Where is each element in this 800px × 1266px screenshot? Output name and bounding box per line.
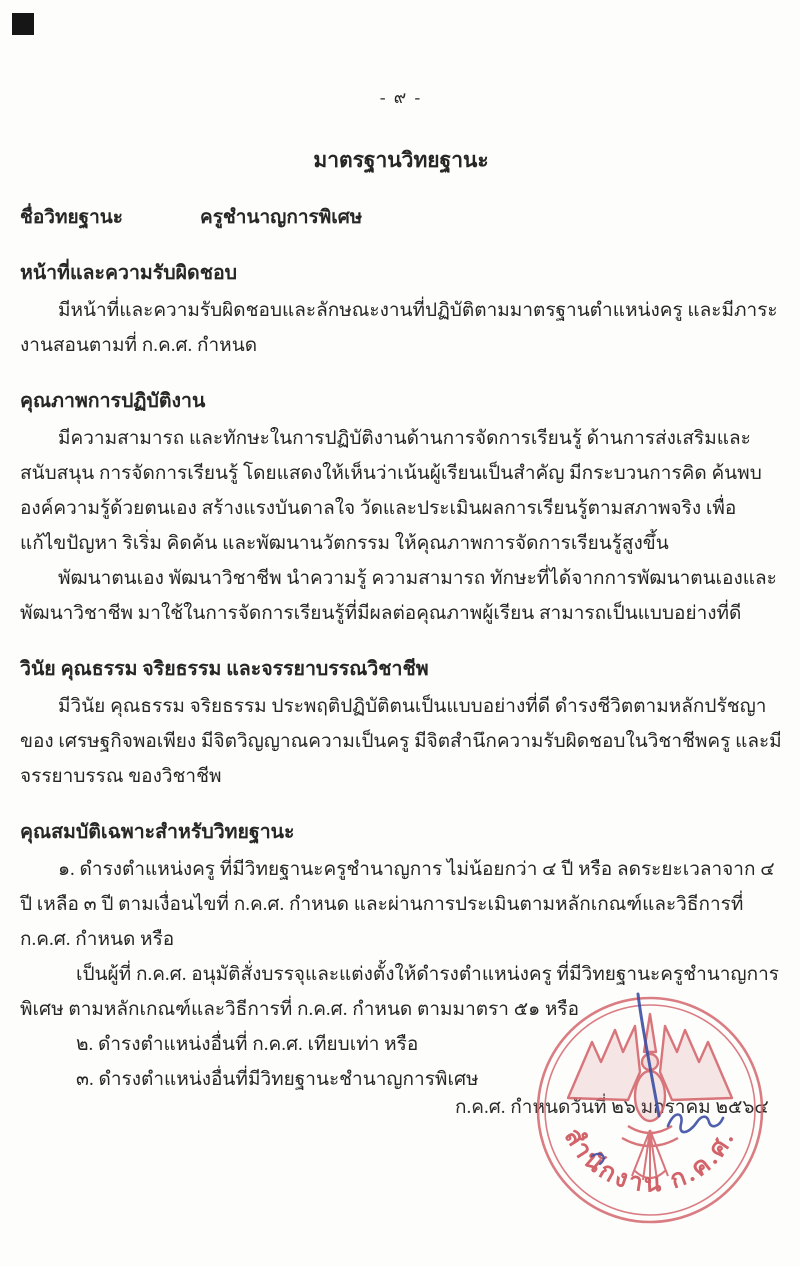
official-seal-stamp: สำนักงาน ก.ค.ศ. bbox=[516, 980, 784, 1248]
page-number: - ๙ - bbox=[20, 80, 782, 115]
document-content: - ๙ - มาตรฐานวิทยฐานะ ชื่อวิทยฐานะ ครูชำ… bbox=[20, 0, 782, 1097]
paragraph-performance-2: พัฒนาตนเอง พัฒนาวิชาชีพ นำความรู้ ความสา… bbox=[20, 561, 782, 631]
section-heading-qualifications: คุณสมบัติเฉพาะสำหรับวิทยฐานะ bbox=[20, 815, 782, 850]
section-heading-discipline-ethics: วินัย คุณธรรม จริยธรรม และจรรยาบรรณวิชาช… bbox=[20, 652, 782, 687]
section-heading-performance-quality: คุณภาพการปฏิบัติงาน bbox=[20, 384, 782, 419]
title-name-row: ชื่อวิทยฐานะ ครูชำนาญการพิเศษ bbox=[20, 200, 782, 235]
section-heading-duties: หน้าที่และความรับผิดชอบ bbox=[20, 256, 782, 291]
academic-standing-value: ครูชำนาญการพิเศษ bbox=[200, 200, 362, 235]
qualification-item-1: ๑. ดำรงตำแหน่งครู ที่มีวิทยฐานะครูชำนาญก… bbox=[20, 852, 782, 957]
paragraph-performance-1: มีความสามารถ และทักษะในการปฏิบัติงานด้าน… bbox=[20, 421, 782, 561]
document-page: - ๙ - มาตรฐานวิทยฐานะ ชื่อวิทยฐานะ ครูชำ… bbox=[0, 0, 800, 1266]
paragraph-discipline: มีวินัย คุณธรรม จริยธรรม ประพฤติปฏิบัติต… bbox=[20, 689, 782, 794]
document-title: มาตรฐานวิทยฐานะ bbox=[20, 143, 782, 178]
paragraph-duties: มีหน้าที่และความรับผิดชอบและลักษณะงานที่… bbox=[20, 293, 782, 363]
garuda-seal-graphic: สำนักงาน ก.ค.ศ. bbox=[516, 980, 784, 1248]
academic-standing-label: ชื่อวิทยฐานะ bbox=[20, 200, 200, 235]
